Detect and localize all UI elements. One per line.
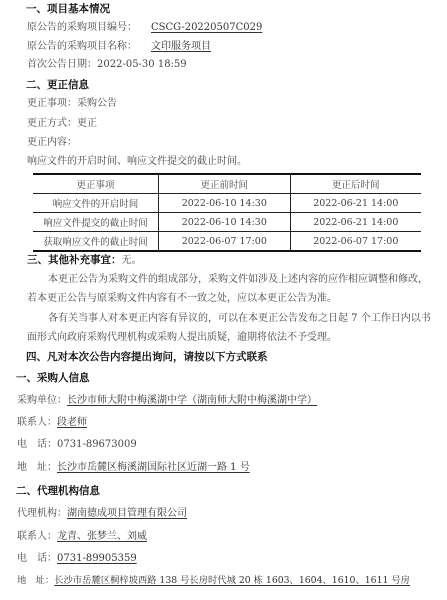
- table-cell: 2022-06-07 17:00: [159, 232, 291, 252]
- table-header: 更正事项: [33, 174, 159, 194]
- original-code-value: CSCG-20220507C029: [151, 22, 262, 33]
- change-method-value: 更正: [77, 118, 97, 129]
- para1-line2: 若本更正公告与原采购文件内容有不一致之处，应以本更正公告为准。: [27, 292, 337, 306]
- purchaser-phone-row: 电 话：0731-89673009: [17, 438, 137, 452]
- agency-contact-value: 龙青、张梦兰、刘威: [57, 531, 147, 542]
- purchaser-contact-label: 联系人：: [17, 417, 57, 428]
- table-cell: 响应文件提交的截止时间: [33, 213, 159, 232]
- table-cell: 获取响应文件的截止时间: [33, 232, 159, 252]
- section2-title: 二、更正信息: [26, 78, 89, 92]
- purchaser-contact-row: 联系人：段老师: [17, 416, 87, 430]
- purchaser-unit-value: 长沙市师大附中梅溪湖中学（湖南师大附中梅溪湖中学）: [67, 395, 317, 406]
- purchaser-unit-label: 采购单位：: [17, 395, 67, 406]
- change-content-text: 响应文件的开启时间、响应文件提交的截止时间。: [27, 155, 247, 169]
- change-content-label: 更正内容：: [27, 136, 77, 150]
- agency-address-row: 地 址：长沙市岳麓区桐梓坡西路 138 号长房时代城 20 栋 1603、160…: [17, 574, 410, 588]
- purchaser-title: 一、采购人信息: [16, 371, 90, 385]
- table-header-row: 更正事项 更正前时间 更正后时间: [33, 174, 421, 194]
- purchaser-phone-value: 0731-89673009: [57, 439, 137, 450]
- purchaser-contact-value: 段老师: [57, 417, 87, 428]
- section4-title: 四、凡对本次公告内容提出询问，请按以下方式联系: [26, 350, 268, 364]
- change-item-label: 更正事项：: [27, 98, 77, 109]
- purchaser-address-value: 长沙市岳麓区梅溪湖国际社区近湖一路 1 号: [57, 462, 250, 473]
- original-code-label: 原公告的采购项目编号：: [27, 22, 137, 33]
- agency-phone-label: 电 话：: [17, 553, 57, 564]
- table-cell: 2022-06-07 17:00: [290, 232, 421, 252]
- original-name-row: 原公告的采购项目名称：文印服务项目: [27, 40, 211, 54]
- agency-name-label: 代理机构：: [17, 508, 67, 519]
- table-cell: 2022-06-21 14:00: [290, 194, 421, 213]
- agency-phone-value: 0731-89905359: [57, 553, 137, 564]
- change-method-label: 更正方式：: [27, 118, 77, 129]
- table-header: 更正后时间: [290, 174, 421, 194]
- table-row: 获取响应文件的截止时间 2022-06-07 17:00 2022-06-07 …: [33, 232, 421, 252]
- agency-address-value: 长沙市岳麓区桐梓坡西路 138 号长房时代城 20 栋 1603、1604、16…: [54, 575, 410, 586]
- table-cell: 2022-06-10 14:30: [159, 213, 291, 232]
- agency-contact-row: 联系人：龙青、张梦兰、刘威: [17, 530, 147, 544]
- original-name-label: 原公告的采购项目名称：: [27, 41, 137, 52]
- first-date-label: 首次公告日期：: [27, 59, 97, 70]
- agency-title: 二、代理机构信息: [16, 484, 100, 498]
- table-row: 响应文件提交的截止时间 2022-06-10 14:30 2022-06-21 …: [33, 213, 421, 232]
- change-item-row: 更正事项：采购公告: [27, 97, 117, 111]
- agency-name-value: 湖南德成项目管理有限公司: [67, 508, 187, 519]
- table-cell: 2022-06-10 14:30: [159, 194, 291, 213]
- agency-phone-row: 电 话：0731-89905359: [17, 552, 137, 566]
- change-method-row: 更正方式：更正: [27, 117, 97, 131]
- table-cell: 响应文件的开启时间: [33, 194, 159, 213]
- first-date-row: 首次公告日期：2022-05-30 18:59: [27, 58, 187, 72]
- agency-contact-label: 联系人：: [17, 531, 57, 542]
- first-date-value: 2022-05-30 18:59: [97, 59, 187, 70]
- original-name-value: 文印服务项目: [151, 41, 211, 52]
- section3-row: 三、其他补充事宜：无。: [27, 253, 142, 268]
- purchaser-unit-row: 采购单位：长沙市师大附中梅溪湖中学（湖南师大附中梅溪湖中学）: [17, 394, 317, 408]
- change-table: 更正事项 更正前时间 更正后时间 响应文件的开启时间 2022-06-10 14…: [33, 173, 421, 252]
- para2-line2: 面形式向政府采购代理机构或采购人提出质疑，逾期将依法不予受理。: [27, 331, 337, 345]
- purchaser-address-row: 地 址：长沙市岳麓区梅溪湖国际社区近湖一路 1 号: [17, 461, 250, 475]
- table-cell: 2022-06-21 14:00: [290, 213, 421, 232]
- purchaser-address-label: 地 址：: [17, 462, 57, 473]
- change-item-value: 采购公告: [77, 98, 117, 109]
- purchaser-phone-label: 电 话：: [17, 439, 57, 450]
- table-header: 更正前时间: [159, 174, 291, 194]
- table-row: 响应文件的开启时间 2022-06-10 14:30 2022-06-21 14…: [33, 194, 421, 213]
- para2-line1: 各有关当事人对本更正内容有异议的，可以在本更正公告发布之日起 7 个工作日内以书: [48, 312, 431, 326]
- agency-address-label: 地 址：: [17, 575, 54, 586]
- section3-value: 无。: [122, 255, 142, 266]
- para1-line1: 本更正公告为采购文件的组成部分，采购文件如涉及上述内容的应作相应调整和修改，: [48, 273, 428, 287]
- original-code-row: 原公告的采购项目编号：CSCG-20220507C029: [27, 21, 262, 35]
- agency-name-row: 代理机构：湖南德成项目管理有限公司: [17, 507, 187, 521]
- section3-title: 三、其他补充事宜：: [27, 254, 122, 266]
- section1-title: 一、项目基本情况: [26, 2, 110, 16]
